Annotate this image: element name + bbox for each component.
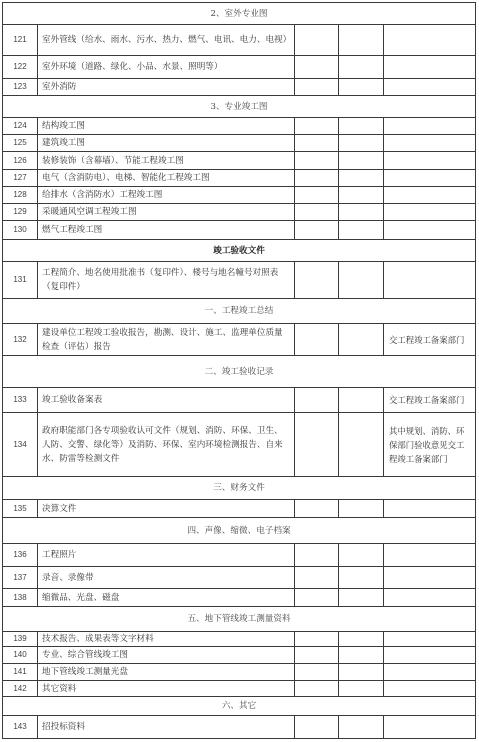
table-row: 136工程照片 [3, 544, 476, 567]
blank-cell-1 [295, 56, 339, 79]
item-number: 132 [3, 324, 38, 356]
item-number: 142 [3, 681, 38, 697]
item-number: 140 [3, 647, 38, 664]
table-row: 134政府职能部门各专项验收认可文件（规划、消防、环保、卫生、人防、交警、绿化等… [3, 413, 476, 477]
table-row: 139技术报告、成果表等文字材料 [3, 632, 476, 647]
item-number: 133 [3, 388, 38, 413]
item-number: 134 [3, 413, 38, 477]
blank-cell-1 [295, 664, 339, 681]
item-remark [384, 187, 476, 204]
item-number: 141 [3, 664, 38, 681]
section-title: 六、其它 [3, 697, 476, 716]
item-number: 143 [3, 716, 38, 739]
item-remark [384, 262, 476, 299]
item-remark: 交工程竣工备案部门 [384, 388, 476, 413]
item-description: 室外环境（道路、绿化、小品、水景、照明等） [38, 56, 295, 79]
item-description: 电气（含消防电）、电梯、智能化工程竣工图 [38, 170, 295, 187]
item-description: 政府职能部门各专项验收认可文件（规划、消防、环保、卫生、人防、交警、绿化等）及消… [38, 413, 295, 477]
blank-cell-1 [295, 647, 339, 664]
blank-cell-1 [295, 25, 339, 56]
blank-cell-2 [339, 56, 384, 79]
blank-cell-2 [339, 262, 384, 299]
section-title: 五、地下管线竣工测量资料 [3, 607, 476, 632]
blank-cell-2 [339, 79, 384, 96]
blank-cell-2 [339, 324, 384, 356]
blank-cell-1 [295, 632, 339, 647]
item-number: 135 [3, 500, 38, 518]
blank-cell-2 [339, 681, 384, 697]
item-remark [384, 567, 476, 589]
item-description: 装修装饰（含幕墙）、节能工程竣工图 [38, 152, 295, 170]
item-remark [384, 500, 476, 518]
blank-cell-2 [339, 25, 384, 56]
blank-cell-2 [339, 716, 384, 739]
blank-cell-1 [295, 388, 339, 413]
item-number: 137 [3, 567, 38, 589]
table-row: 126装修装饰（含幕墙）、节能工程竣工图 [3, 152, 476, 170]
part-title: 竣工验收文件 [3, 240, 476, 262]
item-description: 地下管线竣工测量光盘 [38, 664, 295, 681]
item-description: 其它资料 [38, 681, 295, 697]
item-number: 131 [3, 262, 38, 299]
section-title: 四、声像、缩微、电子档案 [3, 518, 476, 544]
table-row: 138缩微品、光盘、磁盘 [3, 589, 476, 607]
table-row: 122室外环境（道路、绿化、小品、水景、照明等） [3, 56, 476, 79]
item-remark [384, 204, 476, 221]
item-remark [384, 647, 476, 664]
item-number: 124 [3, 118, 38, 135]
item-remark: 其中规划、消防、环保部门验收意见交工程竣工备案部门 [384, 413, 476, 477]
blank-cell-1 [295, 681, 339, 697]
section-title: 3、专业竣工图 [3, 96, 476, 118]
table-row: 133竣工验收备案表交工程竣工备案部门 [3, 388, 476, 413]
blank-cell-1 [295, 187, 339, 204]
item-remark [384, 118, 476, 135]
item-number: 123 [3, 79, 38, 96]
blank-cell-1 [295, 152, 339, 170]
table-row: 129采暖通风空调工程竣工图 [3, 204, 476, 221]
table-row: 127电气（含消防电）、电梯、智能化工程竣工图 [3, 170, 476, 187]
blank-cell-1 [295, 413, 339, 477]
blank-cell-2 [339, 118, 384, 135]
blank-cell-1 [295, 221, 339, 240]
item-number: 125 [3, 135, 38, 152]
item-remark [384, 716, 476, 739]
archive-checklist-sheet: 2、室外专业图121室外管线（给水、雨水、污水、热力、燃气、电讯、电力、电视）1… [2, 2, 475, 739]
item-remark [384, 56, 476, 79]
archive-checklist-table: 2、室外专业图121室外管线（给水、雨水、污水、热力、燃气、电讯、电力、电视）1… [2, 2, 476, 739]
blank-cell-1 [295, 716, 339, 739]
table-row: 121室外管线（给水、雨水、污水、热力、燃气、电讯、电力、电视） [3, 25, 476, 56]
blank-cell-2 [339, 589, 384, 607]
item-remark [384, 544, 476, 567]
blank-cell-2 [339, 544, 384, 567]
section-header-row: 三、财务文件 [3, 477, 476, 500]
item-number: 126 [3, 152, 38, 170]
blank-cell-2 [339, 413, 384, 477]
blank-cell-2 [339, 388, 384, 413]
table-row: 132建设单位工程竣工验收报告，勘测、设计、施工、监理单位质量检查（评估）报告交… [3, 324, 476, 356]
blank-cell-2 [339, 632, 384, 647]
item-remark [384, 152, 476, 170]
item-description: 结构竣工图 [38, 118, 295, 135]
item-remark [384, 79, 476, 96]
item-description: 缩微品、光盘、磁盘 [38, 589, 295, 607]
blank-cell-2 [339, 500, 384, 518]
blank-cell-1 [295, 135, 339, 152]
item-number: 128 [3, 187, 38, 204]
section-header-row: 六、其它 [3, 697, 476, 716]
item-description: 专业、综合管线竣工图 [38, 647, 295, 664]
item-description: 招投标资料 [38, 716, 295, 739]
item-number: 121 [3, 25, 38, 56]
section-header-row: 五、地下管线竣工测量资料 [3, 607, 476, 632]
table-row: 140专业、综合管线竣工图 [3, 647, 476, 664]
table-row: 128给排水（含消防水）工程竣工图 [3, 187, 476, 204]
item-remark [384, 632, 476, 647]
section-header-row: 二、竣工验收记录 [3, 356, 476, 388]
table-row: 124结构竣工图 [3, 118, 476, 135]
blank-cell-2 [339, 187, 384, 204]
blank-cell-1 [295, 204, 339, 221]
item-description: 录音、录像带 [38, 567, 295, 589]
item-description: 工程照片 [38, 544, 295, 567]
item-description: 工程简介、地名使用批准书（复印件）、楼号与地名幢号对照表（复印件） [38, 262, 295, 299]
item-remark [384, 589, 476, 607]
item-description: 决算文件 [38, 500, 295, 518]
item-number: 127 [3, 170, 38, 187]
item-description: 竣工验收备案表 [38, 388, 295, 413]
blank-cell-2 [339, 221, 384, 240]
item-description: 给排水（含消防水）工程竣工图 [38, 187, 295, 204]
blank-cell-1 [295, 79, 339, 96]
item-number: 129 [3, 204, 38, 221]
item-remark [384, 221, 476, 240]
item-remark [384, 664, 476, 681]
item-description: 建筑竣工图 [38, 135, 295, 152]
section-header-row: 3、专业竣工图 [3, 96, 476, 118]
blank-cell-1 [295, 567, 339, 589]
item-description: 室外管线（给水、雨水、污水、热力、燃气、电讯、电力、电视） [38, 25, 295, 56]
blank-cell-2 [339, 170, 384, 187]
item-number: 138 [3, 589, 38, 607]
item-remark: 交工程竣工备案部门 [384, 324, 476, 356]
blank-cell-1 [295, 262, 339, 299]
section-title: 三、财务文件 [3, 477, 476, 500]
blank-cell-1 [295, 589, 339, 607]
section-header-row: 四、声像、缩微、电子档案 [3, 518, 476, 544]
section-header-row: 2、室外专业图 [3, 3, 476, 25]
blank-cell-1 [295, 500, 339, 518]
section-header-row: 一、工程竣工总结 [3, 299, 476, 324]
item-number: 122 [3, 56, 38, 79]
table-row: 137录音、录像带 [3, 567, 476, 589]
table-row: 125建筑竣工图 [3, 135, 476, 152]
item-number: 139 [3, 632, 38, 647]
item-description: 采暖通风空调工程竣工图 [38, 204, 295, 221]
item-number: 136 [3, 544, 38, 567]
blank-cell-2 [339, 647, 384, 664]
part-title-row: 竣工验收文件 [3, 240, 476, 262]
blank-cell-1 [295, 170, 339, 187]
item-description: 室外消防 [38, 79, 295, 96]
blank-cell-2 [339, 204, 384, 221]
item-description: 燃气工程竣工图 [38, 221, 295, 240]
item-description: 建设单位工程竣工验收报告，勘测、设计、施工、监理单位质量检查（评估）报告 [38, 324, 295, 356]
item-number: 130 [3, 221, 38, 240]
table-row: 142其它资料 [3, 681, 476, 697]
blank-cell-2 [339, 567, 384, 589]
blank-cell-2 [339, 152, 384, 170]
item-remark [384, 25, 476, 56]
blank-cell-1 [295, 324, 339, 356]
item-remark [384, 681, 476, 697]
table-row: 141地下管线竣工测量光盘 [3, 664, 476, 681]
table-row: 135决算文件 [3, 500, 476, 518]
item-description: 技术报告、成果表等文字材料 [38, 632, 295, 647]
item-remark [384, 135, 476, 152]
table-row: 131工程简介、地名使用批准书（复印件）、楼号与地名幢号对照表（复印件） [3, 262, 476, 299]
blank-cell-2 [339, 135, 384, 152]
table-row: 130燃气工程竣工图 [3, 221, 476, 240]
section-title: 一、工程竣工总结 [3, 299, 476, 324]
blank-cell-1 [295, 118, 339, 135]
table-row: 123室外消防 [3, 79, 476, 96]
table-row: 143招投标资料 [3, 716, 476, 739]
section-title: 2、室外专业图 [3, 3, 476, 25]
blank-cell-1 [295, 544, 339, 567]
section-title: 二、竣工验收记录 [3, 356, 476, 388]
item-remark [384, 170, 476, 187]
blank-cell-2 [339, 664, 384, 681]
